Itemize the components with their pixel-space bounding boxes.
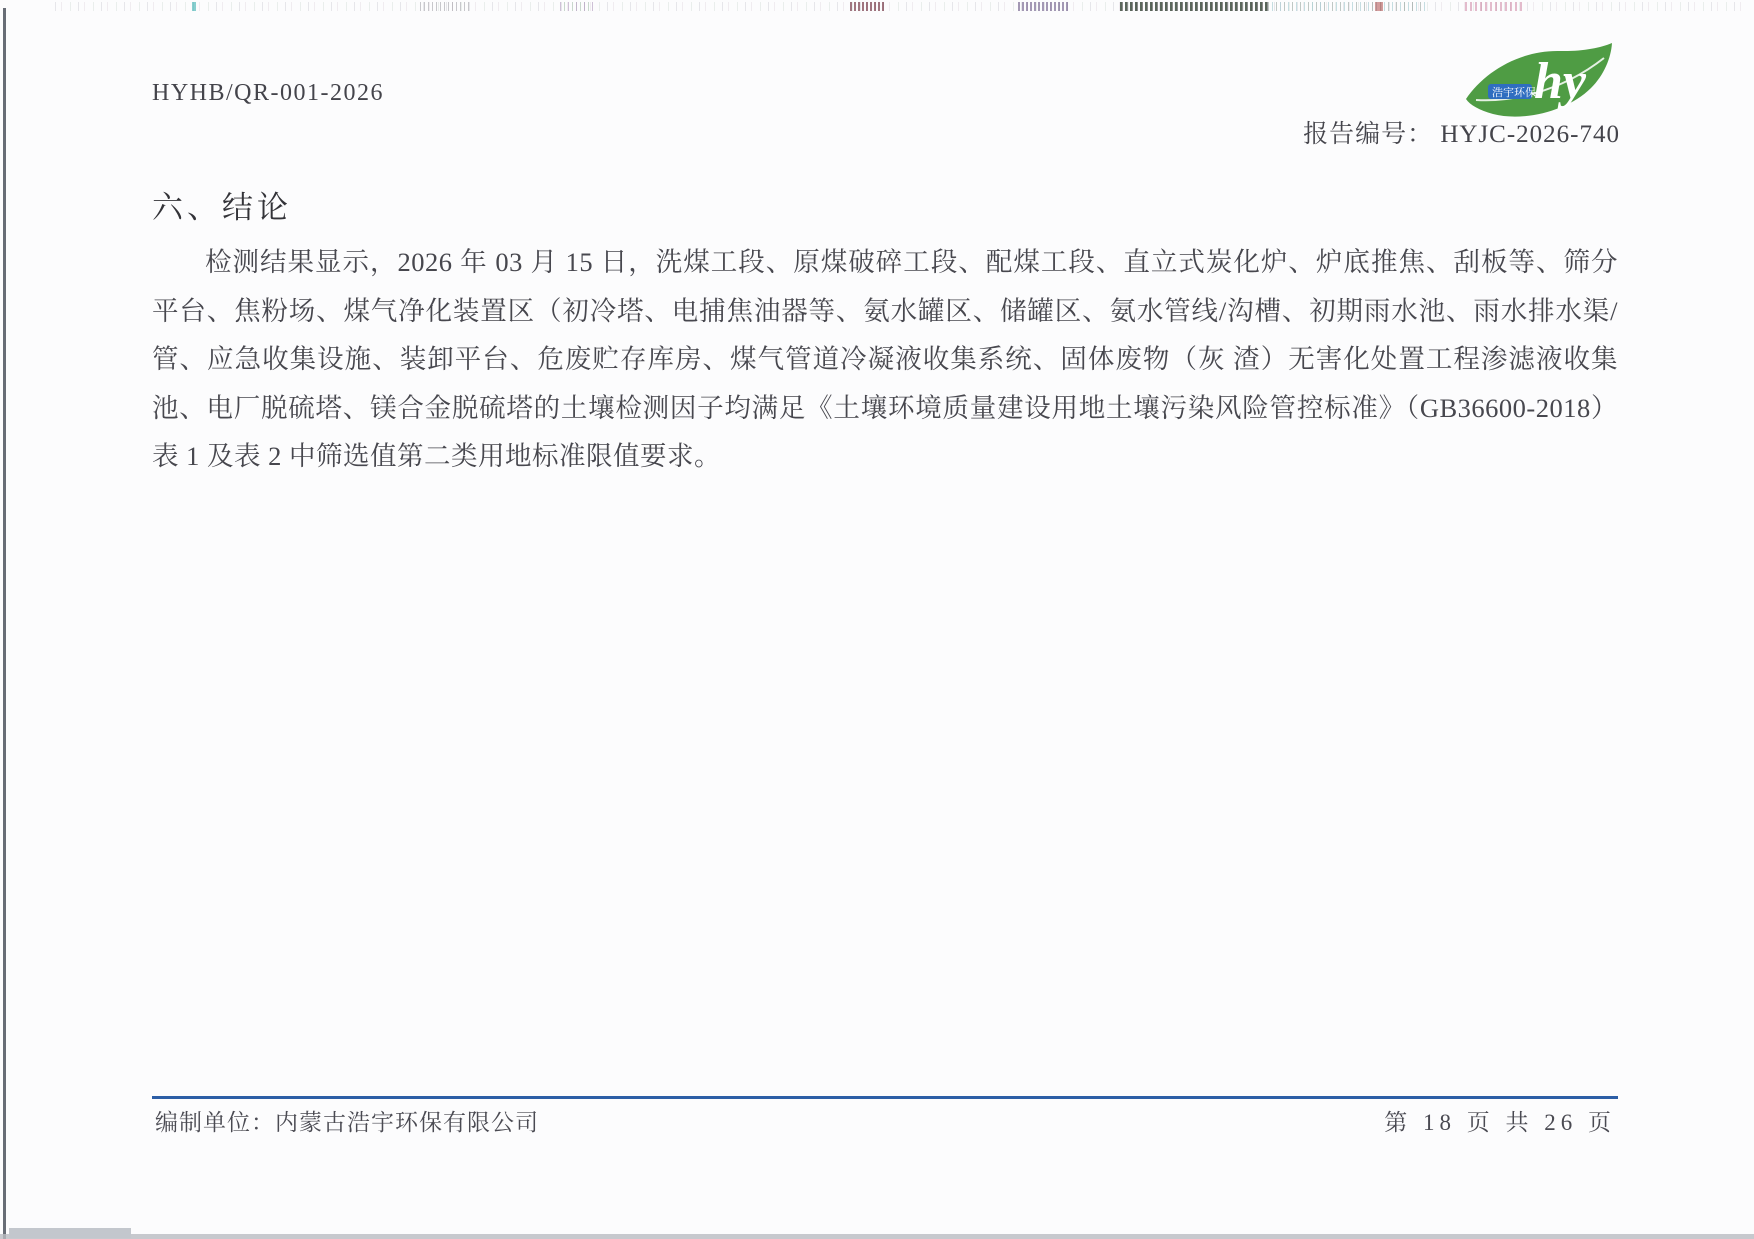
- footer-page-number: 第 18 页 共 26 页: [1384, 1104, 1616, 1137]
- footer-prepared-by: 编制单位：内蒙古浩宇环保有限公司: [155, 1104, 539, 1137]
- scan-noise-cluster: [1375, 2, 1383, 11]
- scan-noise-cluster: [1465, 2, 1525, 11]
- scan-noise-cluster: [1120, 2, 1268, 11]
- scan-noise-cluster: [192, 2, 196, 11]
- logo-badge-text: 浩宇环保: [1492, 85, 1536, 99]
- scan-noise-cluster: [1018, 2, 1070, 11]
- section-title: 六、结论: [152, 182, 292, 227]
- scan-noise-cluster: [1268, 2, 1428, 11]
- document-code: HYHB/QR-001-2026: [152, 80, 384, 107]
- scan-noise-cluster: [850, 2, 884, 11]
- leaf-logo-icon: hy 浩宇环保: [1462, 42, 1620, 124]
- scan-bottom-edge-line: [0, 1234, 1754, 1239]
- scan-noise-cluster: [420, 2, 470, 11]
- footer-divider: [152, 1096, 1618, 1099]
- scan-noise-cluster: [560, 2, 596, 11]
- company-logo: hy 浩宇环保: [1462, 42, 1620, 124]
- scan-left-edge-line: [3, 8, 6, 1239]
- logo-monogram: hy: [1534, 53, 1587, 110]
- scan-bottom-corner-mark: [9, 1228, 131, 1238]
- report-number: 报告编号： HYJC-2026-740: [1303, 114, 1620, 150]
- conclusion-paragraph: 检测结果显示，2026 年 03 月 15 日，洗煤工段、原煤破碎工段、配煤工段…: [152, 238, 1618, 481]
